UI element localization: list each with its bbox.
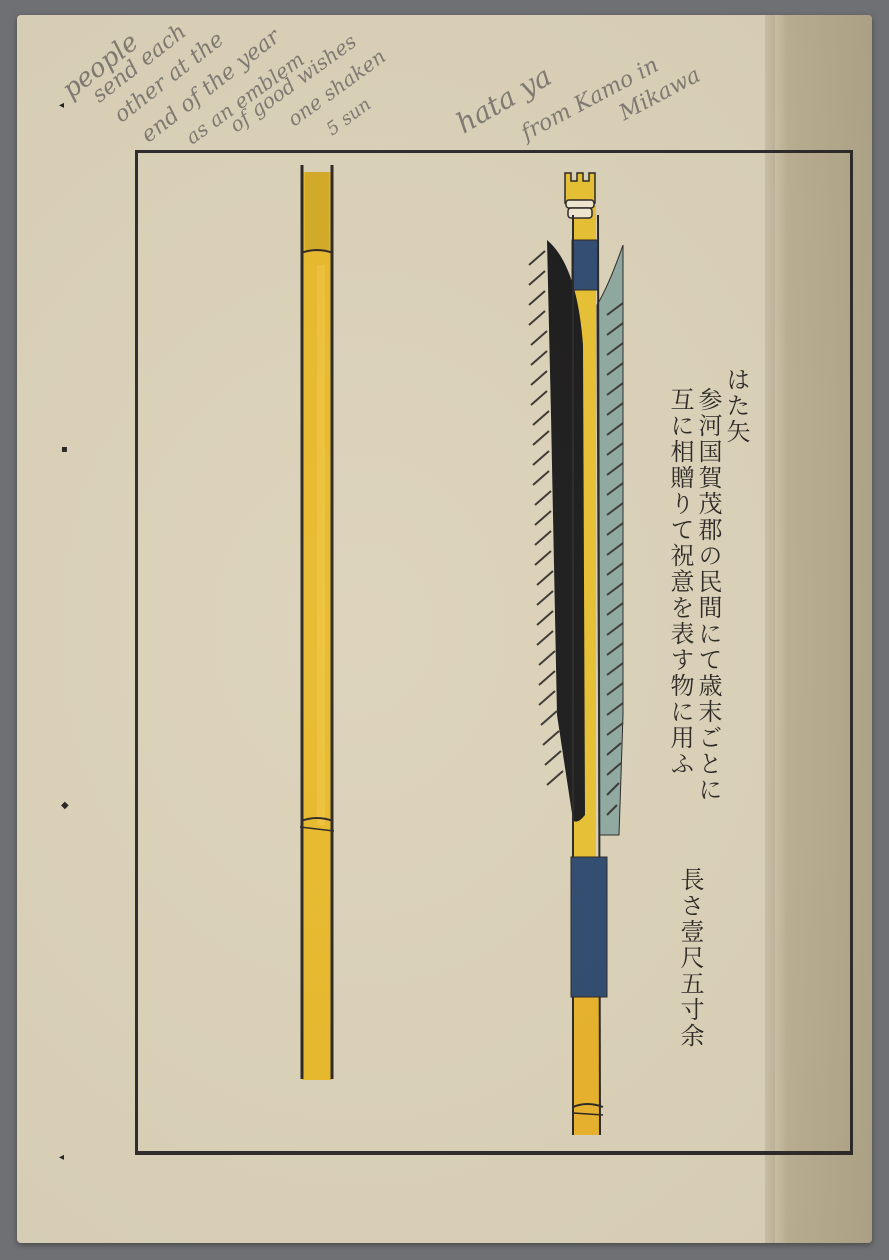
album-page: ◂ ▪ ◆ ◂ people send each other at the en… [17,15,872,1243]
inscription-column: 参河国賀茂郡の民間にて歳末ごとに [695,387,721,803]
arrow-illustrations [17,15,872,1243]
plain-bamboo-shaft [300,165,334,1080]
fletched-arrow [529,173,623,1135]
inscription-column: 互に相贈りて祝意を表す物に用ふ [667,387,693,777]
inscription-length: 長さ壹尺五寸余 [677,867,703,1049]
inscription-title: はた矢 [723,367,749,445]
